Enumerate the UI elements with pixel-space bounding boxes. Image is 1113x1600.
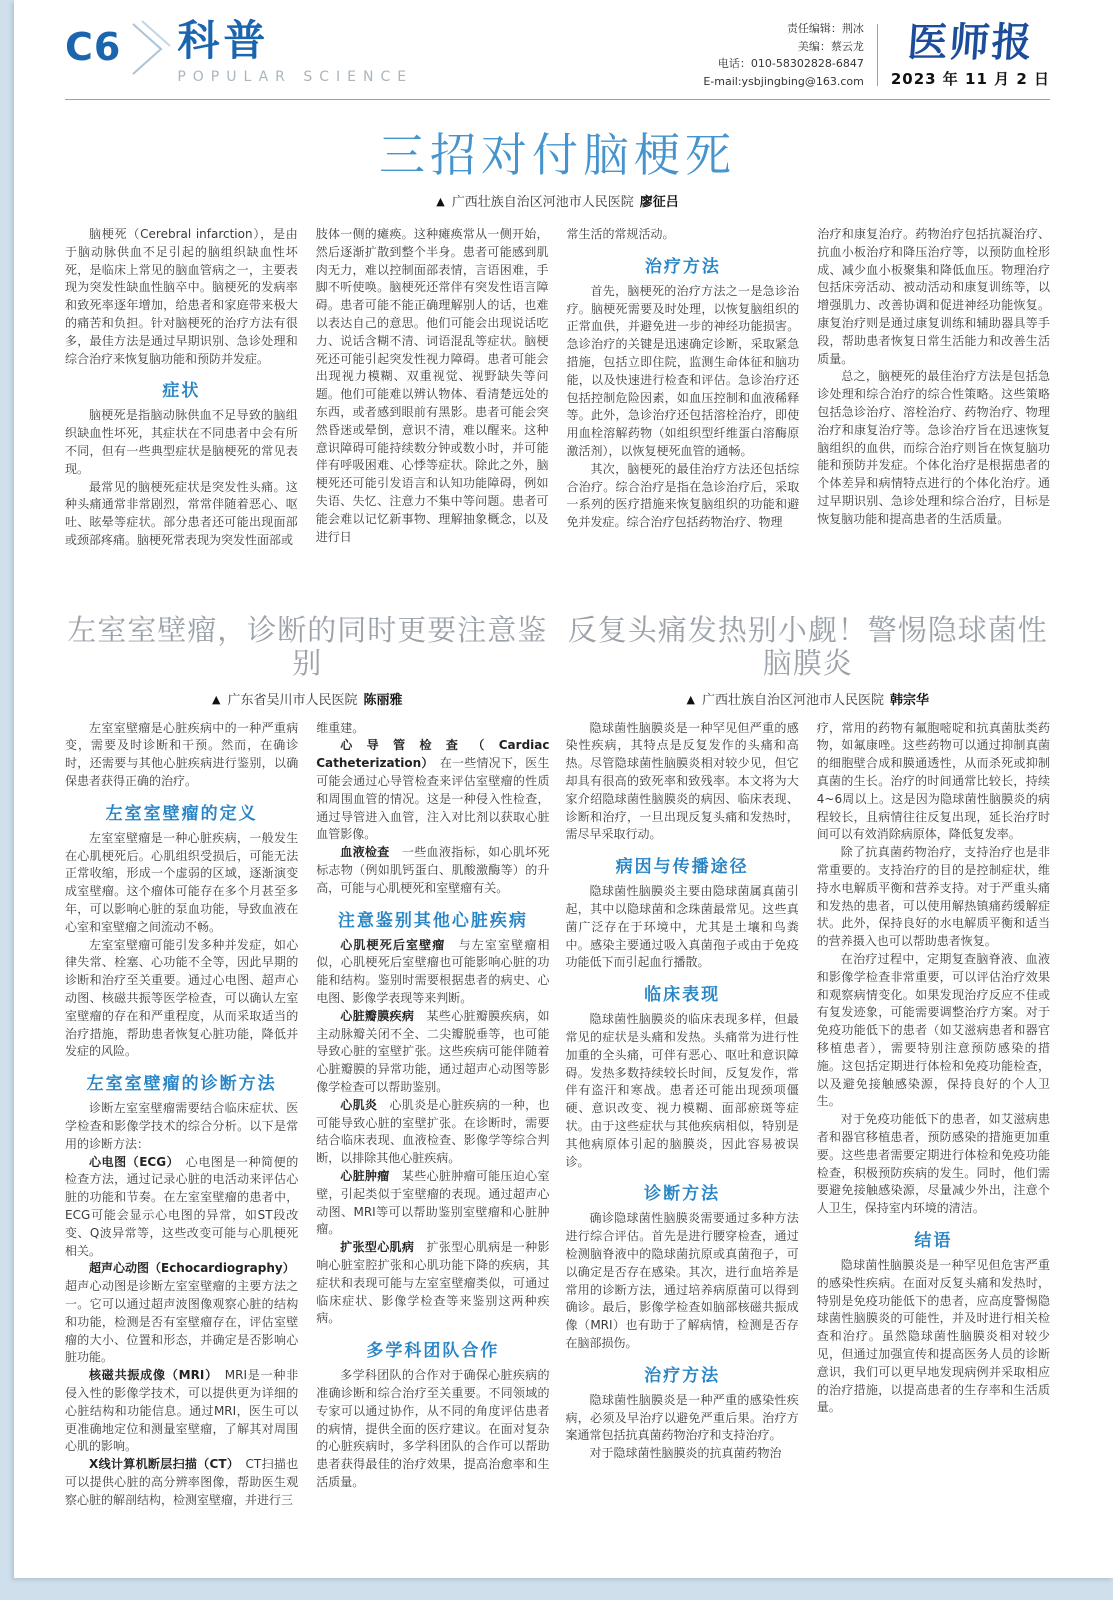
text-column: 脑梗死（Cerebral infarction），是由于脑动脉供血不足引起的脑组…	[65, 226, 298, 584]
body-paragraph: 隐球菌性脑膜炎的临床表现多样，但最常见的症状是头痛和发热。头痛常为进行性加重的全…	[566, 1011, 799, 1171]
editor-info: 责任编辑：荆冰 美编：蔡云龙 电话：010-58302828-6847 E-ma…	[703, 20, 863, 90]
body-paragraph: 除了抗真菌药物治疗，支持治疗也是非常重要的。支持治疗的目的是控制症状，维持水电解…	[817, 844, 1050, 951]
text-column: 治疗和康复治疗。药物治疗包括抗凝治疗、抗血小板治疗和降压治疗等，以预防血栓形成、…	[817, 226, 1050, 584]
section-heading: 注意鉴别其他心脏疾病	[316, 906, 549, 931]
body-paragraph: 血液检查 一些血液指标，如心肌坏死标志物（例如肌钙蛋白、肌酸激酶等）的升高，可能…	[316, 844, 549, 897]
body-paragraph: 其次，脑梗死的最佳治疗方法还包括综合治疗。综合治疗是指在急诊治疗后，采取一系列的…	[567, 461, 800, 532]
publication-date: 2023 年 11 月 2 日	[891, 68, 1050, 89]
text-column: 疗，常用的药物有氟胞嘧啶和抗真菌肽类药物，如氟康唑。这些药物可以通过抑制真菌的细…	[817, 720, 1050, 1600]
body-paragraph: 心导管检查（Cardiac Catheterization） 在一些情况下，医生…	[316, 737, 549, 844]
sub-article-byline: ▲广西壮族自治区河池市人民医院韩宗华	[566, 689, 1051, 708]
header-rule	[65, 99, 1050, 100]
body-paragraph: 左室室壁瘤是一种心脏疾病，一般发生在心肌梗死后。心肌组织受损后，可能无法正常收缩…	[65, 830, 298, 937]
term-label: X线计算机断层扫描（CT）	[89, 1457, 233, 1471]
body-paragraph: 心脏肿瘤 某些心脏肿瘤可能压迫心室壁，引起类似于室壁瘤的表现。通过超声心动图、M…	[316, 1168, 549, 1239]
body-paragraph: 扩张型心肌病 扩张型心肌病是一种影响心脏室腔扩张和心肌功能下降的疾病，其症状和表…	[316, 1239, 549, 1328]
body-paragraph: 总之，脑梗死的最佳治疗方法是包括急诊处理和综合治疗的综合性策略。这些策略包括急诊…	[817, 368, 1050, 528]
article-columns: 隐球菌性脑膜炎是一种罕见但严重的感染性疾病，其特点是反复发作的头痛和高热。尽管隐…	[566, 720, 1051, 1600]
body-paragraph: 心肌梗死后室壁瘤 与左室室壁瘤相似，心肌梗死后室壁瘤也可能影响心脏的功能和结构。…	[316, 937, 549, 1008]
body-paragraph: 肢体一侧的瘫痪。这种瘫痪常从一侧开始，然后逐渐扩散到整个半身。患者可能感到肌肉无…	[316, 226, 549, 546]
body-paragraph: 隐球菌性脑膜炎主要由隐球菌属真菌引起，其中以隐球菌和念珠菌最常见。这些真菌广泛存…	[566, 883, 799, 972]
term-label: 心导管检查（Cardiac Catheterization）	[316, 738, 549, 770]
masthead-area: 责任编辑：荆冰 美编：蔡云龙 电话：010-58302828-6847 E-ma…	[703, 20, 1050, 90]
term-label: 心肌梗死后室壁瘤	[340, 938, 445, 952]
section-heading: 左室室壁瘤的诊断方法	[65, 1069, 298, 1094]
text-column: 常生活的常规活动。治疗方法首先，脑梗死的治疗方法之一是急诊治疗。脑梗死需要及时处…	[567, 226, 800, 584]
section-title: 科普	[177, 20, 413, 62]
sub-article-cryptococcal-meningitis: 反复头痛发热别小觑！警惕隐球菌性脑膜炎 ▲广西壮族自治区河池市人民医院韩宗华 隐…	[566, 614, 1051, 1600]
body-paragraph: 对于免疫功能低下的患者，如艾滋病患者和器官移植患者，预防感染的措施更加重要。这些…	[817, 1111, 1050, 1218]
term-label: 心脏瓣膜疾病	[340, 1009, 414, 1023]
editor-line: E-mail:ysbjingbing@163.com	[703, 73, 863, 91]
byline-org: 广东省吴川市人民医院	[227, 693, 357, 708]
body-paragraph: 对于隐球菌性脑膜炎的抗真菌药物治	[566, 1445, 799, 1463]
sub-article-left-ventricular-aneurysm: 左室室壁瘤，诊断的同时更要注意鉴别 ▲广东省吴川市人民医院陈丽雅 左室室壁瘤是心…	[65, 614, 550, 1600]
term-label: 核磁共振成像（MRI）	[89, 1368, 212, 1382]
body-paragraph: 常生活的常规活动。	[567, 226, 800, 244]
byline-org: 广西壮族自治区河池市人民医院	[702, 693, 884, 708]
body-paragraph: 诊断左室室壁瘤需要结合临床症状、医学检查和影像学技术的综合分析。以下是常用的诊断…	[65, 1100, 298, 1153]
body-paragraph: 维重建。	[316, 720, 549, 738]
term-label: 扩张型心肌病	[340, 1240, 414, 1254]
section-subtitle: POPULAR SCIENCE	[177, 69, 413, 85]
body-paragraph: 疗，常用的药物有氟胞嘧啶和抗真菌肽类药物，如氟康唑。这些药物可以通过抑制真菌的细…	[817, 720, 1050, 845]
page-header: C6 科普 POPULAR SCIENCE 责任编辑：荆冰 美编：蔡云龙 电话：…	[65, 0, 1050, 90]
article-columns: 脑梗死（Cerebral infarction），是由于脑动脉供血不足引起的脑组…	[65, 226, 1050, 584]
chevron-right-icon	[129, 20, 171, 82]
byline-triangle-icon: ▲	[687, 693, 695, 706]
page-number: C6	[65, 28, 121, 66]
byline-author: 廖征吕	[640, 195, 679, 210]
sub-article-title: 反复头痛发热别小觑！警惕隐球菌性脑膜炎	[566, 614, 1051, 681]
sub-article-byline: ▲广东省吴川市人民医院陈丽雅	[65, 689, 550, 708]
sub-articles-row: 左室室壁瘤，诊断的同时更要注意鉴别 ▲广东省吴川市人民医院陈丽雅 左室室壁瘤是心…	[65, 614, 1050, 1600]
term-label: 心肌炎	[340, 1098, 377, 1112]
term-label: 心电图（ECG）	[89, 1155, 173, 1169]
body-paragraph: 治疗和康复治疗。药物治疗包括抗凝治疗、抗血小板治疗和降压治疗等，以预防血栓形成、…	[817, 226, 1050, 368]
body-paragraph: 核磁共振成像（MRI） MRI是一种非侵入性的影像学技术，可以提供更为详细的心脏…	[65, 1367, 298, 1456]
byline-triangle-icon: ▲	[436, 195, 444, 208]
article-columns: 左室室壁瘤是心脏疾病中的一种严重病变，需要及时诊断和干预。然而，在确诊时，还需要…	[65, 720, 550, 1600]
masthead-logo: 医师报	[889, 22, 1051, 64]
term-label: 心脏肿瘤	[340, 1169, 389, 1183]
byline-org: 广西壮族自治区河池市人民医院	[452, 195, 634, 210]
body-paragraph: 隐球菌性脑膜炎是一种严重的感染性疾病，必须及早治疗以避免严重后果。治疗方案通常包…	[566, 1392, 799, 1445]
main-article-title: 三招对付脑梗死	[65, 130, 1050, 181]
body-paragraph: 心电图（ECG） 心电图是一种简便的检查方法，通过记录心脏的电活动来评估心脏的功…	[65, 1154, 298, 1261]
section-heading: 诊断方法	[566, 1179, 799, 1204]
body-paragraph: 心肌炎 心肌炎是心脏疾病的一种，也可能导致心脏的室壁扩张。在诊断时，需要结合临床…	[316, 1097, 549, 1168]
text-column: 维重建。心导管检查（Cardiac Catheterization） 在一些情况…	[316, 720, 549, 1600]
body-paragraph: X线计算机断层扫描（CT） CT扫描也可以提供心脏的高分辨率图像，帮助医生观察心…	[65, 1456, 298, 1509]
editor-line: 美编：蔡云龙	[703, 38, 863, 56]
section-heading: 治疗方法	[567, 252, 800, 277]
byline-author: 韩宗华	[890, 693, 929, 708]
text-column: 隐球菌性脑膜炎是一种罕见但严重的感染性疾病，其特点是反复发作的头痛和高热。尽管隐…	[566, 720, 799, 1600]
body-paragraph: 确诊隐球菌性脑膜炎需要通过多种方法进行综合评估。首先是进行腰穿检查，通过检测脑脊…	[566, 1210, 799, 1352]
term-label: 血液检查	[340, 845, 389, 859]
body-paragraph: 在治疗过程中，定期复查脑脊液、血液和影像学检查非常重要，可以评估治疗效果和观察病…	[817, 951, 1050, 1111]
section-name-block: 科普 POPULAR SCIENCE	[177, 20, 413, 85]
newspaper-page: C6 科普 POPULAR SCIENCE 责任编辑：荆冰 美编：蔡云龙 电话：…	[14, 0, 1113, 1578]
body-paragraph: 隐球菌性脑膜炎是一种罕见但严重的感染性疾病，其特点是反复发作的头痛和高热。尽管隐…	[566, 720, 799, 845]
text-column: 肢体一侧的瘫痪。这种瘫痪常从一侧开始，然后逐渐扩散到整个半身。患者可能感到肌肉无…	[316, 226, 549, 584]
main-article-byline: ▲广西壮族自治区河池市人民医院廖征吕	[65, 191, 1050, 210]
text-column: 左室室壁瘤是心脏疾病中的一种严重病变，需要及时诊断和干预。然而，在确诊时，还需要…	[65, 720, 298, 1600]
body-paragraph: 多学科团队的合作对于确保心脏疾病的准确诊断和综合治疗至关重要。不同领域的专家可以…	[316, 1367, 549, 1492]
body-paragraph: 首先，脑梗死的治疗方法之一是急诊治疗。脑梗死需要及时处理，以恢复脑组织的正常血供…	[567, 283, 800, 461]
byline-author: 陈丽雅	[363, 693, 402, 708]
body-paragraph: 脑梗死是指脑动脉供血不足导致的脑组织缺血性坏死，其症状在不同患者中会有所不同，但…	[65, 407, 298, 478]
masthead-block: 医师报 2023 年 11 月 2 日	[891, 22, 1050, 89]
section-banner: C6 科普 POPULAR SCIENCE	[65, 20, 413, 85]
body-paragraph: 左室室壁瘤可能引发多种并发症，如心律失常、栓塞、心功能不全等，因此早期的诊断和治…	[65, 937, 298, 1062]
section-heading: 左室室壁瘤的定义	[65, 799, 298, 824]
body-paragraph: 超声心动图（Echocardiography） 超声心动图是诊断左室室壁瘤的主要…	[65, 1260, 298, 1367]
section-heading: 治疗方法	[566, 1361, 799, 1386]
body-paragraph: 脑梗死（Cerebral infarction），是由于脑动脉供血不足引起的脑组…	[65, 226, 298, 368]
section-heading: 结语	[817, 1226, 1050, 1251]
body-paragraph: 最常见的脑梗死症状是突发性头痛。这种头痛通常非常剧烈，常常伴随着恶心、呕吐、眩晕…	[65, 479, 298, 550]
section-heading: 症状	[65, 376, 298, 401]
body-paragraph: 隐球菌性脑膜炎是一种罕见但危害严重的感染性疾病。在面对反复头痛和发热时，特别是免…	[817, 1257, 1050, 1417]
body-paragraph: 心脏瓣膜疾病 某些心脏瓣膜疾病，如主动脉瓣关闭不全、二尖瓣脱垂等，也可能导致心脏…	[316, 1008, 549, 1097]
body-paragraph: 左室室壁瘤是心脏疾病中的一种严重病变，需要及时诊断和干预。然而，在确诊时，还需要…	[65, 720, 298, 791]
sub-article-title: 左室室壁瘤，诊断的同时更要注意鉴别	[65, 614, 550, 681]
term-label: 超声心动图（Echocardiography）	[89, 1261, 289, 1275]
main-article: 三招对付脑梗死 ▲广西壮族自治区河池市人民医院廖征吕 脑梗死（Cerebral …	[65, 130, 1050, 584]
section-heading: 多学科团队合作	[316, 1336, 549, 1361]
editor-line: 电话：010-58302828-6847	[703, 55, 863, 73]
header-divider	[877, 24, 878, 86]
section-heading: 临床表现	[566, 980, 799, 1005]
byline-triangle-icon: ▲	[212, 693, 220, 706]
section-heading: 病因与传播途径	[566, 852, 799, 877]
editor-line: 责任编辑：荆冰	[703, 20, 863, 38]
